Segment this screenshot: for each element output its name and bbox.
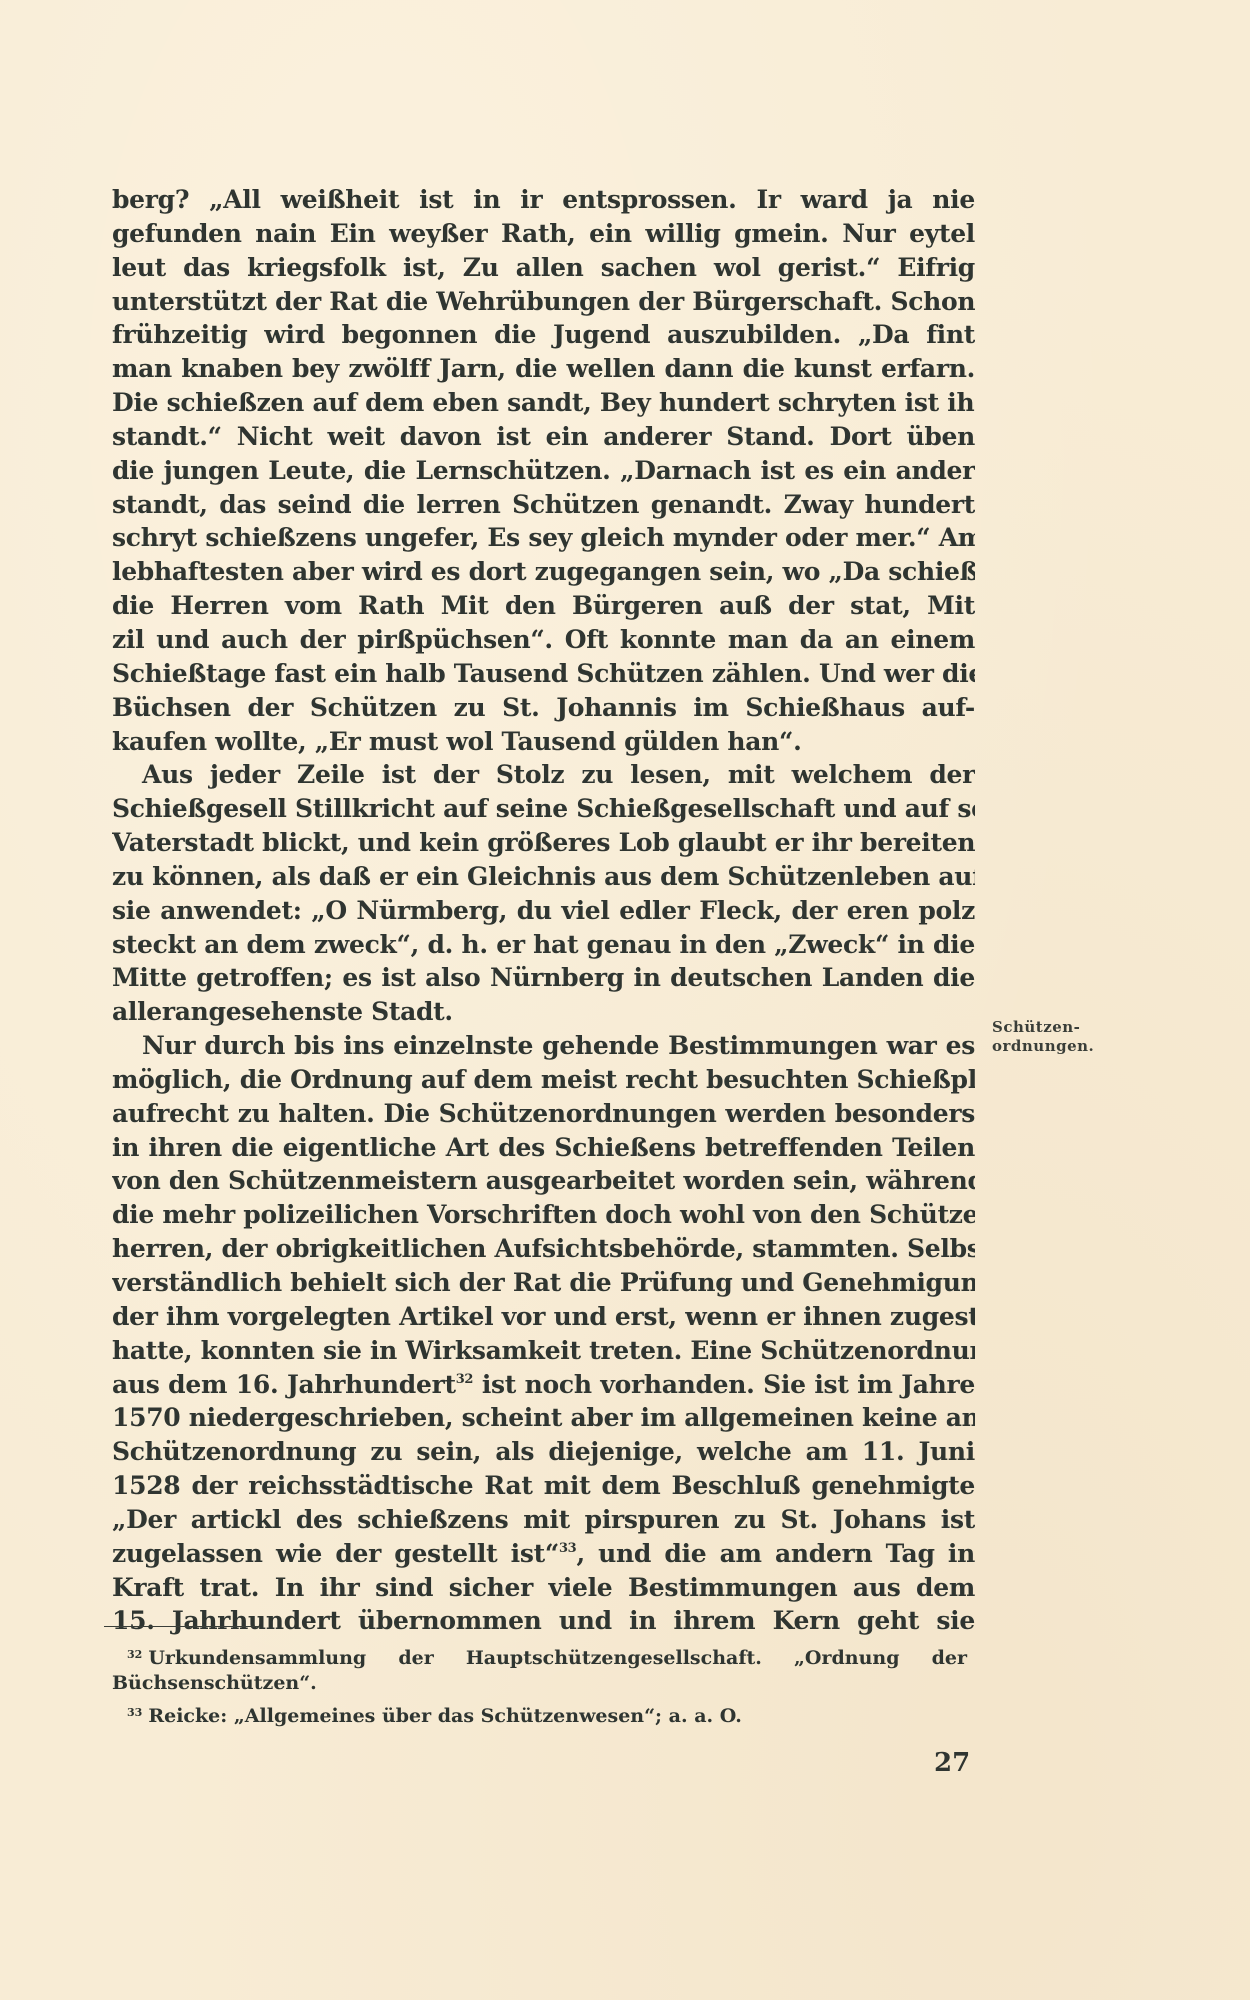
page-number: 27 xyxy=(934,1748,970,1778)
text-line: 1528 der reichsstädtische Rat mit dem Be… xyxy=(112,1469,975,1503)
text-line: möglich, die Ordnung auf dem meist recht… xyxy=(112,1063,975,1097)
text-line: unterstützt der Rat die Wehrübungen der … xyxy=(112,285,975,319)
text-line: „Der artickl des schießzens mit pirspure… xyxy=(112,1503,975,1537)
text-line: in ihren die eigentliche Art des Schieße… xyxy=(112,1131,975,1165)
text-line: standt.“ Nicht weit davon ist ein andere… xyxy=(112,420,975,454)
footnote-32: 32Urkundensammlung der Hauptschützengese… xyxy=(112,1640,967,1669)
text-line: 15. Jahrhundert übernommen und in ihrem … xyxy=(112,1604,975,1638)
footnote-number: 33 xyxy=(127,1706,142,1719)
footnote-32-continuation: Büchsenschützen“. xyxy=(112,1669,967,1698)
paragraph-2: Aus jeder Zeile ist der Stolz zu lesen, … xyxy=(112,758,975,1029)
footnote-text: Urkundensammlung der Hauptschützengesell… xyxy=(148,1647,967,1669)
footnotes: 32Urkundensammlung der Hauptschützengese… xyxy=(112,1640,967,1727)
text-line: Schießtage fast ein halb Tausend Schütze… xyxy=(112,657,975,691)
text-line: standt, das seind die lerren Schützen ge… xyxy=(112,488,975,522)
text-line: gefunden nain Ein weyßer Rath, ein willi… xyxy=(112,217,975,251)
margin-note: Schützen- ordnungen. xyxy=(992,1018,1094,1056)
text-segment: aus dem 16. Jahrhundert xyxy=(112,1370,456,1399)
text-line: Schützenordnung zu sein, als diejenige, … xyxy=(112,1435,975,1469)
footnote-text: Reicke: „Allgemeines über das Schützenwe… xyxy=(148,1705,742,1727)
text-line: lebhaftesten aber wird es dort zugegange… xyxy=(112,555,975,589)
text-line: leut das kriegsfolk ist, Zu allen sachen… xyxy=(112,251,975,285)
text-line: Mitte getroffen; es ist also Nürnberg in… xyxy=(112,961,975,995)
text-line: frühzeitig wird begonnen die Jugend ausz… xyxy=(112,318,975,352)
text-line-with-footnote-ref: aus dem 16. Jahrhundert32 ist noch vorha… xyxy=(112,1368,975,1402)
text-line: die jungen Leute, die Lernschützen. „Dar… xyxy=(112,454,975,488)
text-line: sie anwendet: „O Nürmberg, du viel edler… xyxy=(112,894,975,928)
footnote-ref-33[interactable]: 33 xyxy=(559,1541,577,1556)
margin-note-line: Schützen- xyxy=(992,1018,1094,1037)
book-page: berg? „All weißheit ist in ir entsprosse… xyxy=(0,0,1250,2000)
text-line: kaufen wollte, „Er must wol Tausend güld… xyxy=(112,725,975,759)
footnote-ref-32[interactable]: 32 xyxy=(456,1372,474,1387)
text-line: Schießgesell Stillkricht auf seine Schie… xyxy=(112,792,975,826)
text-segment: zugelassen wie der gestellt ist“ xyxy=(112,1539,559,1568)
paragraph-3: Nur durch bis ins einzelnste gehende Bes… xyxy=(112,1029,975,1638)
text-line: schryt schießzens ungefer, Es sey gleich… xyxy=(112,521,975,555)
paragraph-1: berg? „All weißheit ist in ir entsprosse… xyxy=(112,183,975,758)
text-line: steckt an dem zweck“, d. h. er hat genau… xyxy=(112,928,975,962)
body-text: berg? „All weißheit ist in ir entsprosse… xyxy=(112,183,975,1638)
text-line: verständlich behielt sich der Rat die Pr… xyxy=(112,1266,975,1300)
text-line: Die schießzen auf dem eben sandt, Bey hu… xyxy=(112,386,975,420)
text-line: man knaben bey zwölff Jarn, die wellen d… xyxy=(112,352,975,386)
text-segment: ist noch vorhanden. Sie ist im Jahre xyxy=(473,1370,975,1399)
text-line: der ihm vorgelegten Artikel vor und erst… xyxy=(112,1300,975,1334)
text-line-with-footnote-ref: zugelassen wie der gestellt ist“33, und … xyxy=(112,1537,975,1571)
text-segment: , und die am andern Tag in xyxy=(576,1539,975,1568)
text-line: zu können, als daß er ein Gleichnis aus … xyxy=(112,860,975,894)
text-line: Vaterstadt blickt, und kein größeres Lob… xyxy=(112,826,975,860)
text-line: berg? „All weißheit ist in ir entsprosse… xyxy=(112,183,975,217)
text-line: allerangesehenste Stadt. xyxy=(112,995,975,1029)
footnote-33: 33Reicke: „Allgemeines über das Schützen… xyxy=(112,1698,967,1727)
text-line: Aus jeder Zeile ist der Stolz zu lesen, … xyxy=(112,758,975,792)
text-line: von den Schützenmeistern ausgearbeitet w… xyxy=(112,1164,975,1198)
text-line: hatte, konnten sie in Wirksamkeit treten… xyxy=(112,1334,975,1368)
margin-note-line: ordnungen. xyxy=(992,1037,1094,1056)
text-line: die mehr polizeilichen Vorschriften doch… xyxy=(112,1198,975,1232)
text-line: Kraft trat. In ihr sind sicher viele Bes… xyxy=(112,1571,975,1605)
text-line: herren, der obrigkeitlichen Aufsichtsbeh… xyxy=(112,1232,975,1266)
text-line: die Herren vom Rath Mit den Bürgeren auß… xyxy=(112,589,975,623)
text-line: Nur durch bis ins einzelnste gehende Bes… xyxy=(112,1029,975,1063)
text-line: Büchsen der Schützen zu St. Johannis im … xyxy=(112,691,975,725)
text-line: aufrecht zu halten. Die Schützenordnunge… xyxy=(112,1097,975,1131)
text-line: zil und auch der pirßpüchsen“. Oft konnt… xyxy=(112,623,975,657)
text-line: 1570 niedergeschrieben, scheint aber im … xyxy=(112,1401,975,1435)
footnote-separator xyxy=(104,1626,260,1627)
footnote-number: 32 xyxy=(127,1648,142,1661)
